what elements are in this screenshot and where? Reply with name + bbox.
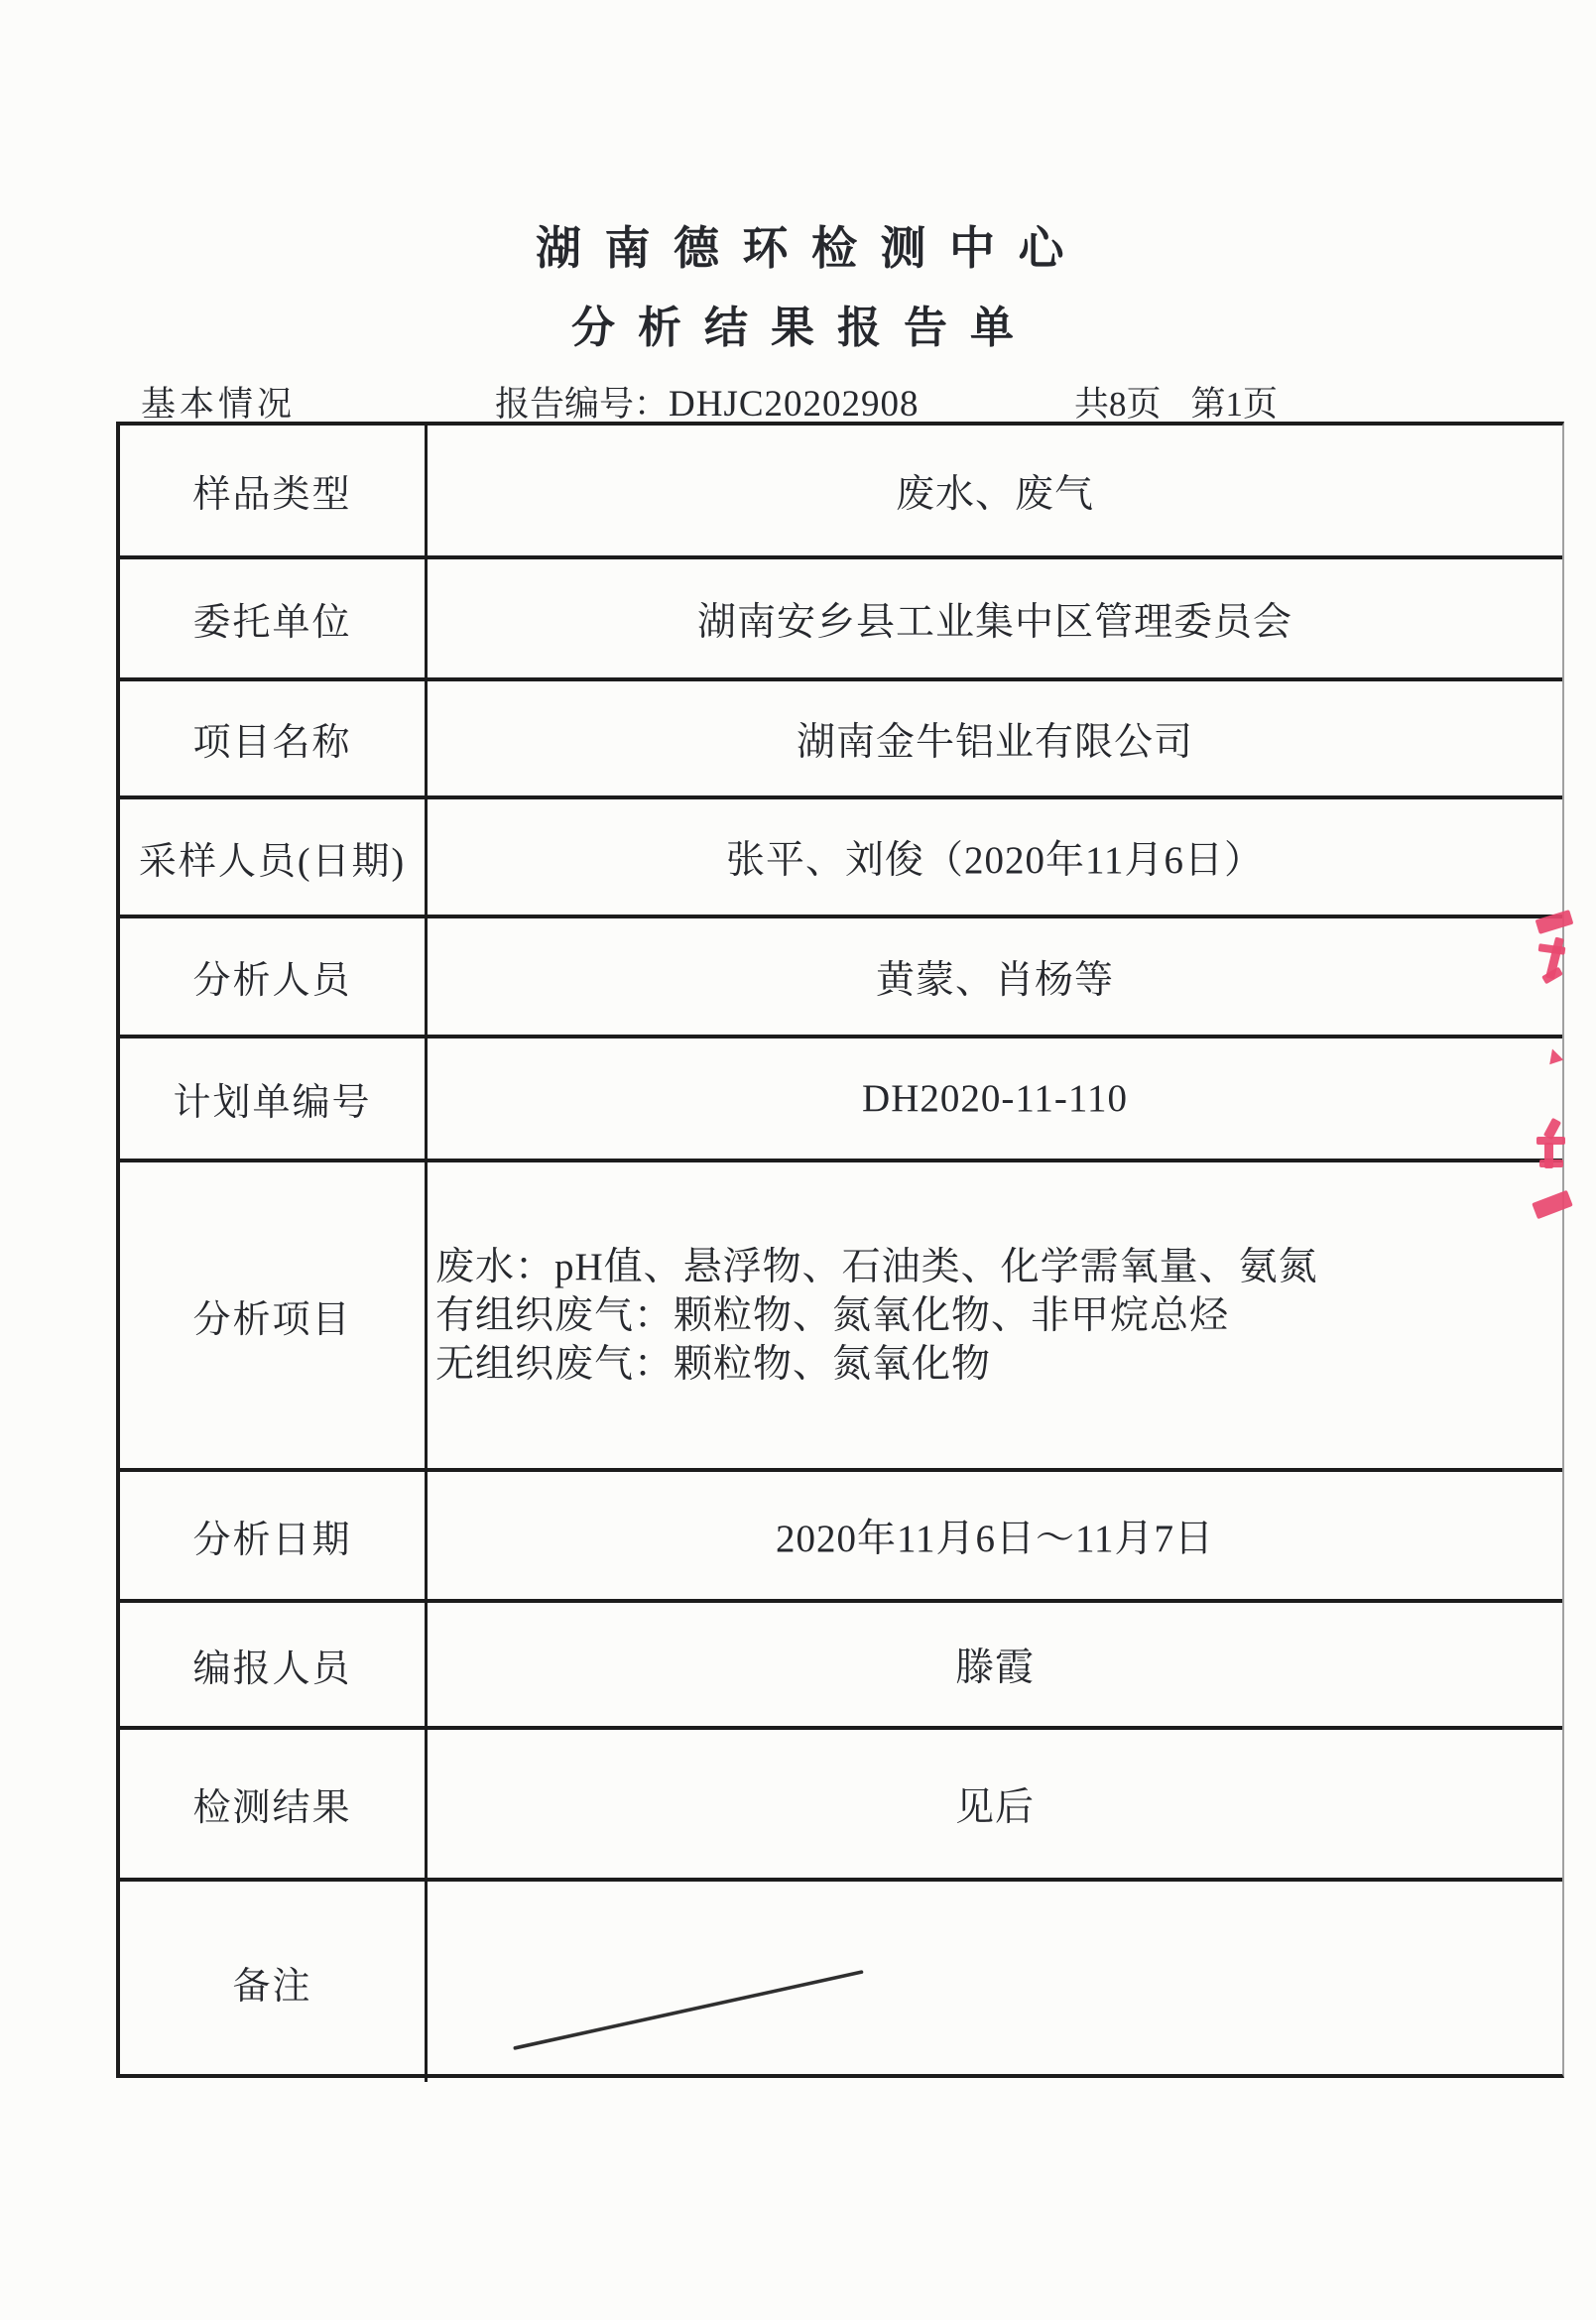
- pagination: 共8页第1页: [1074, 377, 1278, 427]
- row-value: 滕霞: [428, 1603, 1562, 1726]
- row-value: DH2020-11-110: [428, 1038, 1562, 1159]
- row-value: 湖南安乡县工业集中区管理委员会: [428, 559, 1562, 677]
- row-label: 分析项目: [120, 1162, 428, 1468]
- table-row-client: 委托单位 湖南安乡县工业集中区管理委员会: [120, 559, 1562, 681]
- row-label: 项目名称: [120, 681, 428, 795]
- row-value: 湖南金牛铝业有限公司: [428, 681, 1562, 795]
- row-label: 计划单编号: [120, 1038, 428, 1159]
- row-value: 2020年11月6日～11月7日: [428, 1472, 1562, 1599]
- row-value: 废水、废气: [428, 426, 1562, 555]
- page-current: 第1页: [1191, 385, 1279, 424]
- table-row-analysis-items: 分析项目 废水：pH值、悬浮物、石油类、化学需氧量、氨氮 有组织废气：颗粒物、氮…: [120, 1162, 1562, 1472]
- table-row-analysis-staff: 分析人员 黄蒙、肖杨等: [120, 918, 1562, 1038]
- document-subtitle: 分 析 结 果 报 告 单: [571, 292, 1020, 355]
- scanned-report-page: 湖 南 德 环 检 测 中 心 分 析 结 果 报 告 单 基本情况 报告编号：…: [0, 0, 1596, 2320]
- row-label: 编报人员: [120, 1603, 428, 1726]
- table-row-analysis-date: 分析日期 2020年11月6日～11月7日: [120, 1472, 1562, 1603]
- page-total: 共8页: [1074, 385, 1162, 424]
- table-row-plan-number: 计划单编号 DH2020-11-110: [120, 1038, 1562, 1162]
- table-row-remarks: 备注: [120, 1882, 1562, 2082]
- row-label: 备注: [120, 1882, 428, 2082]
- row-label: 分析日期: [120, 1472, 428, 1599]
- report-number-label: 报告编号：: [495, 385, 669, 424]
- row-value: 张平、刘俊（2020年11月6日）: [428, 799, 1562, 915]
- document-title: 湖 南 德 环 检 测 中 心: [536, 212, 1070, 278]
- row-value: 见后: [428, 1730, 1562, 1878]
- stamp-fragment: [1549, 1048, 1565, 1066]
- analysis-items-line: 无组织废气：颗粒物、氮氧化物: [435, 1340, 991, 1389]
- row-label: 检测结果: [120, 1730, 428, 1878]
- stamp-fragment: [1539, 1160, 1563, 1167]
- row-label: 分析人员: [120, 918, 428, 1035]
- analysis-items-line: 废水：pH值、悬浮物、石油类、化学需氧量、氨氮: [435, 1243, 1318, 1291]
- table-header-line: 基本情况 报告编号：DHJC20202908 共8页第1页: [0, 377, 1596, 421]
- row-label: 样品类型: [120, 426, 428, 555]
- remark-diagonal-line: [428, 1882, 1562, 2082]
- row-label: 委托单位: [120, 559, 428, 677]
- analysis-items-line: 有组织废气：颗粒物、氮氧化物、非甲烷总烃: [435, 1291, 1229, 1340]
- row-value-multiline: 废水：pH值、悬浮物、石油类、化学需氧量、氨氮 有组织废气：颗粒物、氮氧化物、非…: [428, 1162, 1562, 1468]
- report-number-value: DHJC20202908: [669, 384, 920, 425]
- table-row-project-name: 项目名称 湖南金牛铝业有限公司: [120, 681, 1562, 799]
- row-value: 黄蒙、肖杨等: [428, 918, 1562, 1035]
- basic-info-table: 样品类型 废水、废气 委托单位 湖南安乡县工业集中区管理委员会 项目名称 湖南金…: [116, 422, 1564, 2078]
- table-row-report-writer: 编报人员 滕霞: [120, 1603, 1562, 1730]
- report-number: 报告编号：DHJC20202908: [495, 377, 920, 427]
- row-label: 采样人员(日期): [120, 799, 428, 915]
- table-row-sampling-staff: 采样人员(日期) 张平、刘俊（2020年11月6日）: [120, 799, 1562, 918]
- table-row-sample-type: 样品类型 废水、废气: [120, 426, 1562, 559]
- section-label: 基本情况: [141, 377, 296, 427]
- row-value-empty: [428, 1882, 1562, 2082]
- table-row-test-results: 检测结果 见后: [120, 1730, 1562, 1882]
